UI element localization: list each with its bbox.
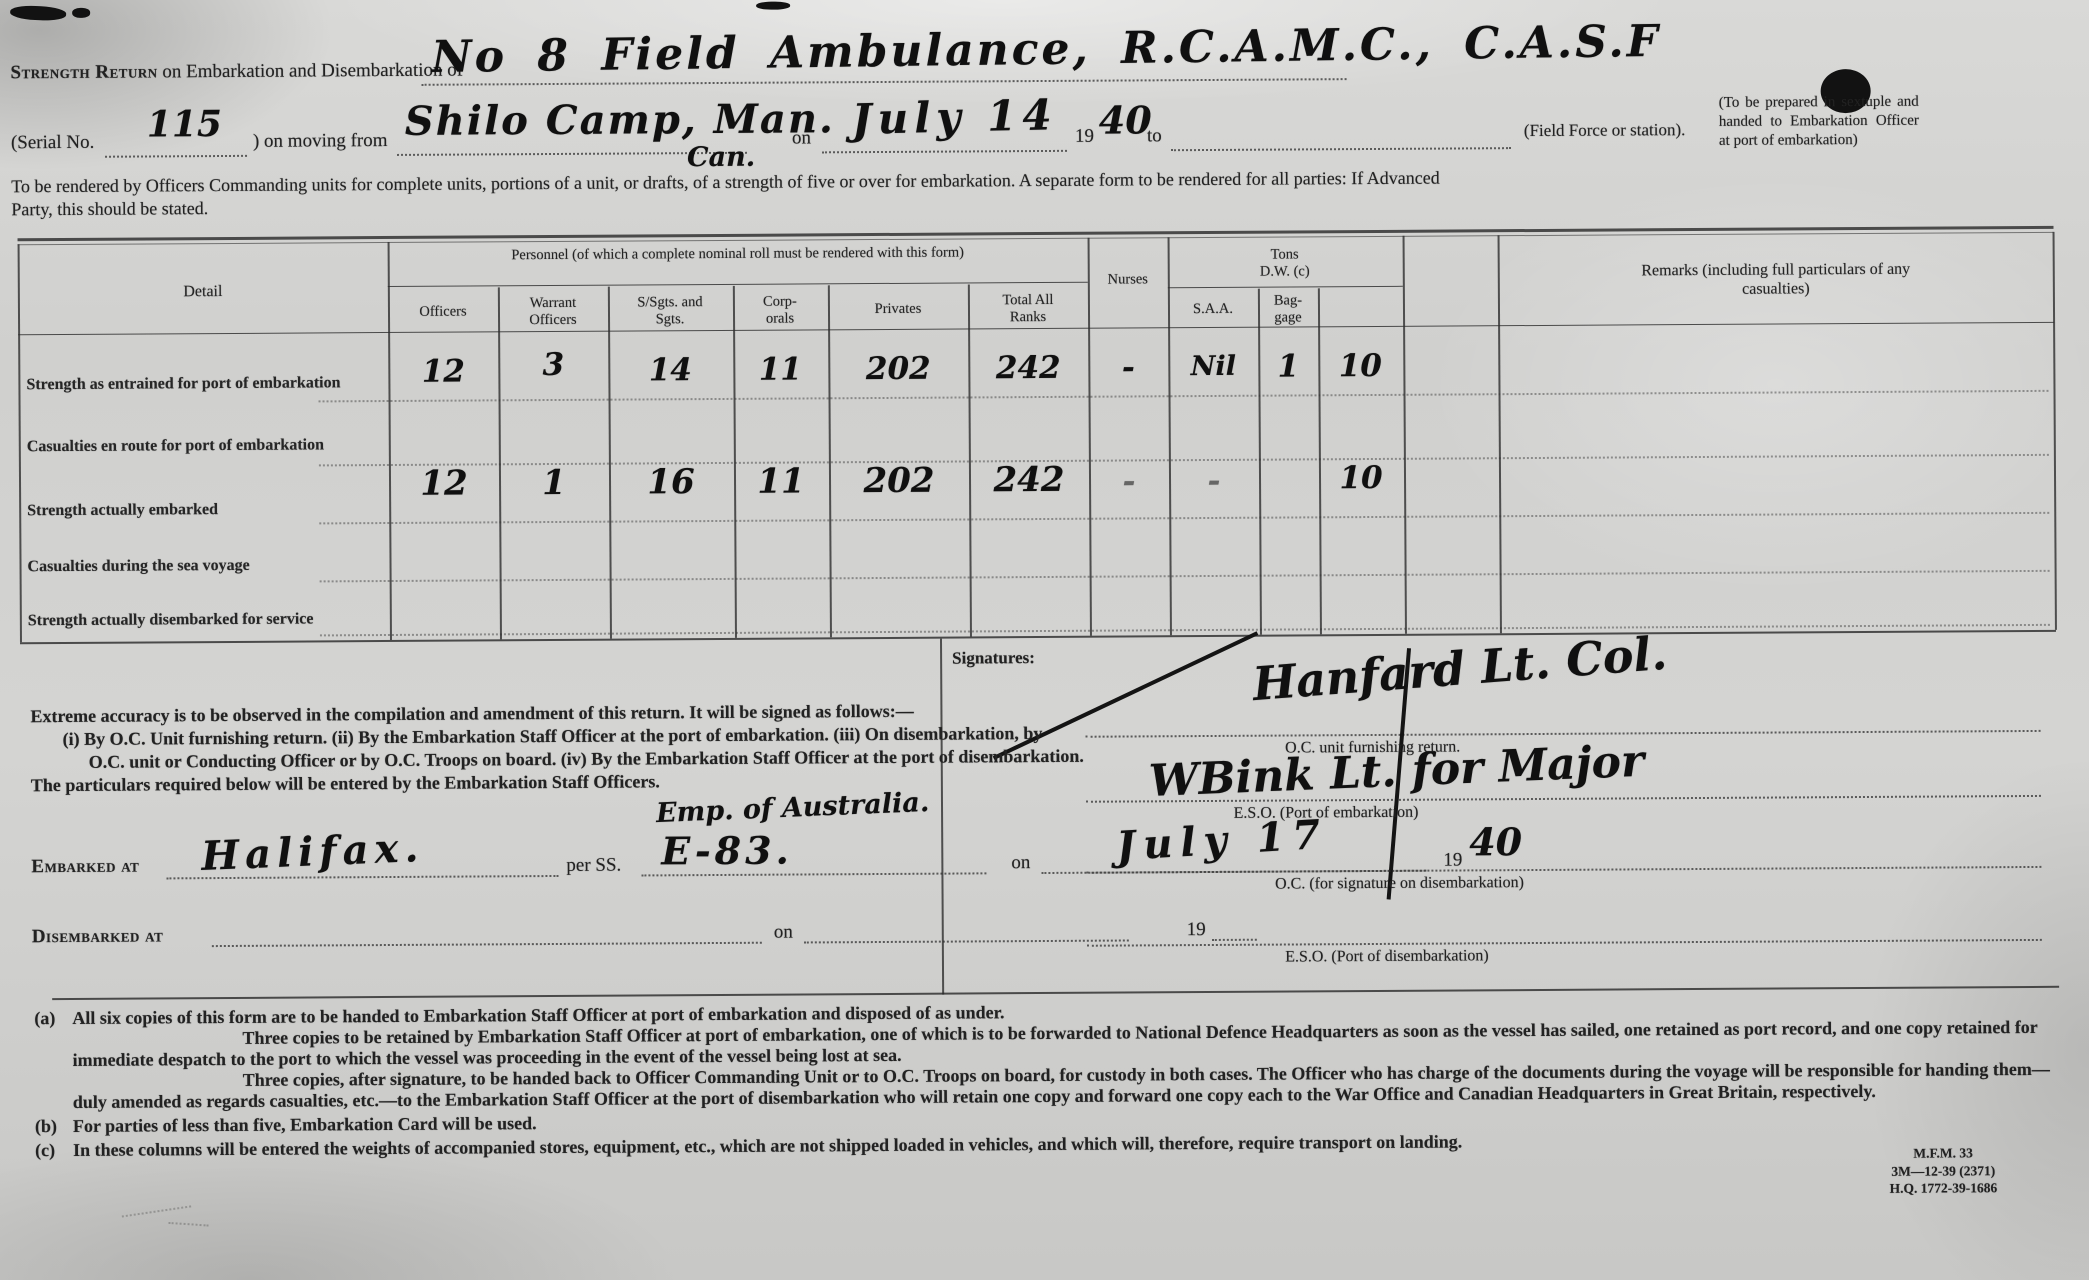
cell-embarked-warrant-officers: 1	[542, 463, 566, 503]
cell-embarked-sgts: 16	[647, 462, 695, 502]
serial-value-handwritten: 115	[147, 103, 222, 145]
scan-smudge	[10, 5, 67, 22]
pencil-mark	[122, 1205, 192, 1217]
footnote-c-tag: (c)	[35, 1140, 55, 1161]
row-leader	[319, 454, 2049, 467]
tons-group-header-line1: Tons	[1271, 246, 1299, 263]
col-header-officers: Officers	[419, 304, 466, 321]
footnote-a-tag: (a)	[34, 1008, 55, 1029]
disembarked-date-leader	[804, 939, 1129, 943]
pencil-mark	[169, 1222, 209, 1227]
year-handwritten: 40	[1099, 97, 1152, 142]
cell-entrained-saa: Nil	[1191, 351, 1236, 382]
serial-label: (Serial No.	[11, 132, 95, 155]
serial-leader	[105, 155, 247, 158]
row-leader	[319, 390, 2049, 403]
disembarked-on-label: on	[774, 922, 793, 944]
cell-entrained-privates: 202	[866, 351, 931, 387]
cell-embarked-tons: 10	[1339, 460, 1382, 496]
col-header-nurses: Nurses	[1108, 271, 1148, 288]
row-leader	[320, 570, 2050, 583]
embarked-port-handwritten: Halifax.	[200, 824, 425, 880]
row-label-disembarked-for-service: Strength actually disembarked for servic…	[28, 610, 314, 630]
col-header-saa: S.A.A.	[1193, 301, 1233, 318]
col-header-baggage: Bag-gage	[1265, 292, 1311, 326]
detail-column-header: Detail	[183, 283, 222, 302]
tons-group-header-line2: D.W. (c)	[1260, 263, 1310, 280]
cell-entrained-total: 242	[996, 350, 1061, 386]
cell-embarked-corporals: 11	[757, 461, 805, 501]
row-leader	[319, 512, 2049, 525]
strength-table: Detail Personnel (of which a complete no…	[18, 226, 2057, 644]
cell-embarked-officers: 12	[420, 464, 468, 504]
col-header-privates: Privates	[875, 301, 922, 318]
cell-embarked-saa: -	[1207, 463, 1220, 499]
cell-entrained-sgts: 14	[649, 352, 692, 388]
cell-embarked-total: 242	[993, 460, 1064, 500]
personnel-group-header: Personnel (of which a complete nominal r…	[423, 244, 1053, 265]
prepare-in-sextuple-note: (To be prepared in sextuple and handed t…	[1719, 93, 1919, 150]
per-ss-label: per SS.	[566, 855, 621, 877]
table-gridline	[1318, 288, 1322, 634]
disembarked-port-leader	[212, 942, 762, 947]
scan-content: Strength Return on Embarkation and Disem…	[0, 0, 2089, 1280]
cell-entrained-warrant-officers: 3	[542, 347, 564, 383]
signature-caption-eso-disembarkation: E.S.O. (Port of disembarkation)	[1285, 947, 1489, 966]
embarked-on-label: on	[1011, 852, 1030, 874]
field-force-caption: (Field Force or station).	[1524, 120, 1686, 141]
ship-name-handwritten: Emp. of Australia.	[656, 787, 930, 829]
table-gridline	[18, 244, 22, 642]
form-title-rest: on Embarkation and Disembarkation of	[162, 60, 463, 83]
signatures-title: Signatures:	[952, 648, 1035, 669]
to-label: to	[1147, 125, 1162, 147]
col-header-warrant-officers: Warrant Officers	[514, 295, 592, 330]
signature-line-1	[1086, 730, 2041, 738]
row-label-entrained: Strength as entrained for port of embark…	[26, 374, 340, 394]
printer-mark-form-number: M.F.M. 33	[1838, 1144, 2048, 1163]
moving-from-label: ) on moving from	[253, 130, 388, 153]
row-label-actually-embarked: Strength actually embarked	[27, 501, 218, 520]
table-gridline	[2053, 232, 2057, 630]
footnote-a: (a) All six copies of this form are to b…	[34, 996, 2055, 1114]
cell-entrained-tons: 10	[1339, 348, 1382, 384]
tons-group-underline	[1168, 286, 1403, 288]
signature-caption-oc-disembarkation: O.C. (for signature on disembarkation)	[1275, 874, 1524, 894]
render-note-line1: To be rendered by Officers Commanding un…	[11, 168, 1440, 198]
row-label-casualties-sea-voyage: Casualties during the sea voyage	[27, 557, 249, 576]
scanned-form-page: Strength Return on Embarkation and Disem…	[0, 0, 2089, 1280]
ship-number-handwritten: E-83.	[661, 828, 793, 874]
disembarked-year-printed: 19	[1187, 919, 1206, 941]
signature-caption-oc-unit: O.C. unit furnishing return.	[1285, 738, 1460, 757]
form-title-smallcaps: Strength Return	[10, 61, 157, 83]
scan-smudge	[756, 2, 790, 10]
unit-name-handwritten: No 8 Field Ambulance, R.C.A.M.C., C.A.S.…	[431, 16, 1661, 83]
disembarked-year-leader	[1212, 939, 1257, 941]
cell-entrained-corporals: 11	[759, 351, 802, 387]
from-place-handwritten: Shilo Camp, Man.	[405, 95, 835, 145]
row-label-casualties-en-route: Casualties en route for port of embarkat…	[27, 436, 324, 456]
date-leader	[822, 150, 1067, 153]
footnotes: (a) All six copies of this form are to b…	[34, 996, 2055, 1165]
table-gridline	[1258, 289, 1262, 635]
cell-entrained-officers: 12	[422, 354, 465, 390]
footnote-b-tag: (b)	[35, 1116, 57, 1137]
cell-entrained-baggage: 1	[1277, 348, 1299, 384]
to-leader	[1171, 147, 1511, 151]
oc-signature-handwritten: Hanfard Lt. Col.	[1251, 626, 1669, 711]
col-header-total-all-ranks: Total All Ranks	[988, 292, 1068, 327]
year-printed: 19	[1075, 126, 1094, 148]
embarked-at-label: Embarked at	[31, 856, 139, 879]
col-header-sgts: S/Sgts. and Sgts.	[625, 294, 715, 329]
cell-entrained-nurses: -	[1122, 349, 1135, 385]
cell-embarked-privates: 202	[863, 461, 934, 501]
from-country-handwritten: Can.	[687, 142, 755, 173]
printer-mark-hq-number: H.Q. 1772-39-1686	[1838, 1179, 2048, 1198]
on-label: on	[792, 127, 811, 149]
embarked-date-leader	[1041, 870, 1426, 874]
personnel-group-underline	[388, 282, 1088, 287]
printer-marks: M.F.M. 33 3M—12-39 (2371) H.Q. 1772-39-1…	[1838, 1144, 2048, 1198]
scan-smudge	[72, 8, 90, 18]
embarked-year-printed: 19	[1443, 849, 1462, 871]
embarked-date-handwritten: July 17	[1115, 811, 1329, 870]
disembarked-at-label: Disembarked at	[32, 925, 164, 948]
col-header-corporals: Corp-orals	[752, 293, 808, 328]
render-note-line2: Party, this should be stated.	[11, 198, 208, 220]
printer-mark-print-run: 3M—12-39 (2371)	[1838, 1161, 2048, 1180]
form-title: Strength Return on Embarkation and Disem…	[10, 60, 463, 85]
move-date-handwritten: July 14	[851, 90, 1058, 144]
embarked-year-handwritten: 40	[1469, 819, 1522, 864]
accuracy-line3: O.C. unit or Conducting Officer or by O.…	[89, 746, 1084, 773]
remarks-column-header: Remarks (including full particulars of a…	[1636, 261, 1915, 300]
accuracy-line4: The particulars required below will be e…	[31, 771, 660, 796]
accuracy-line1: Extreme accuracy is to be observed in th…	[30, 701, 913, 727]
cell-embarked-nurses: -	[1122, 463, 1135, 499]
